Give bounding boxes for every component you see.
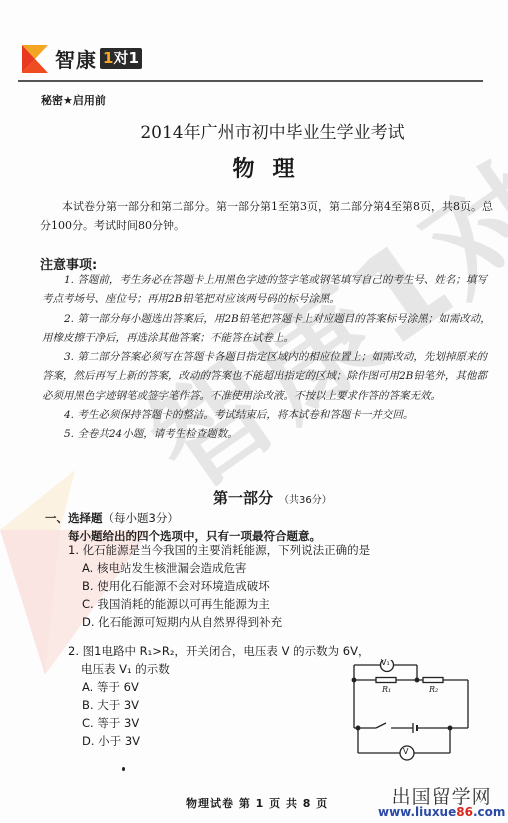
option-a: A. 等于 6V bbox=[68, 678, 369, 696]
exam-title: 2014年广州市初中毕业生学业考试 bbox=[0, 118, 508, 143]
brand-logo-icon bbox=[22, 45, 48, 73]
note-item: 5. 全卷共24小题，请考生检查题数。 bbox=[42, 425, 492, 444]
resistor-r2-label: R₂ bbox=[429, 685, 438, 694]
circuit-diagram bbox=[348, 660, 478, 768]
option-c: C. 我国消耗的能源以可再生能源为主 bbox=[68, 595, 370, 613]
option-c: C. 等于 3V bbox=[68, 714, 369, 732]
header-divider bbox=[18, 80, 483, 82]
voltmeter-v1-label: V₁ bbox=[381, 658, 390, 667]
voltmeter-v-label: V bbox=[403, 747, 408, 756]
option-d: D. 化石能源可短期内从自然界得到补充 bbox=[68, 613, 370, 631]
resistor-r1-label: R₁ bbox=[382, 685, 391, 694]
scan-speck bbox=[122, 767, 125, 771]
notes-list: 1. 答题前，考生务必在答题卡上用黑色字迹的签字笔或钢笔填写自己的考生号、姓名；… bbox=[42, 271, 492, 445]
question-2: 2. 图1电路中 R₁>R₂，开关闭合，电压表 V 的示数为 6V， 电压表 V… bbox=[68, 642, 369, 750]
note-item: 4. 考生必须保持答题卡的整洁。考试结束后，将本试卷和答题卡一并交回。 bbox=[42, 406, 492, 425]
brand-logo: 智康 1对1 bbox=[22, 44, 142, 73]
page-footer: 物理试卷 第 1 页 共 8 页 bbox=[186, 795, 328, 811]
option-a: A. 核电站发生核泄漏会造成危害 bbox=[68, 559, 370, 577]
note-item: 1. 答题前，考生务必在答题卡上用黑色字迹的签字笔或钢笔填写自己的考生号、姓名；… bbox=[42, 271, 492, 310]
brand-name: 智康 bbox=[55, 44, 97, 73]
subject-title: 物理 bbox=[0, 152, 508, 183]
option-b: B. 大于 3V bbox=[68, 696, 369, 714]
site-watermark: 出国留学网 www.liuxue86.com bbox=[378, 782, 505, 819]
question-1: 1. 化石能源是当今我国的主要消耗能源，下列说法正确的是 A. 核电站发生核泄漏… bbox=[68, 541, 370, 631]
secret-label: 秘密★启用前 bbox=[41, 92, 106, 108]
note-item: 3. 第二部分答案必须写在答题卡各题目指定区域内的相应位置上；如需改动，先划掉原… bbox=[42, 348, 492, 406]
part-heading: 第一部分（共36分） bbox=[213, 487, 332, 508]
note-item: 2. 第一部分每小题选出答案后，用2B铅笔把答题卡上对应题目的答案标号涂黑；如需… bbox=[42, 310, 492, 349]
question-stem: 2. 图1电路中 R₁>R₂，开关闭合，电压表 V 的示数为 6V， bbox=[68, 642, 369, 660]
option-d: D. 小于 3V bbox=[68, 732, 369, 750]
section-heading: 一、选择题（每小题3分） bbox=[45, 510, 179, 526]
option-b: B. 使用化石能源不会对环境造成破坏 bbox=[68, 577, 370, 595]
question-stem-cont: 电压表 V₁ 的示数 bbox=[68, 660, 369, 678]
question-stem: 1. 化石能源是当今我国的主要消耗能源，下列说法正确的是 bbox=[68, 541, 370, 559]
intro-paragraph: 本试卷分第一部分和第二部分。第一部分第1至第3页，第二部分第4至第8页，共8页。… bbox=[40, 197, 495, 235]
site-url: www.liuxue86.com bbox=[378, 805, 505, 819]
brand-badge: 1对1 bbox=[100, 48, 142, 69]
